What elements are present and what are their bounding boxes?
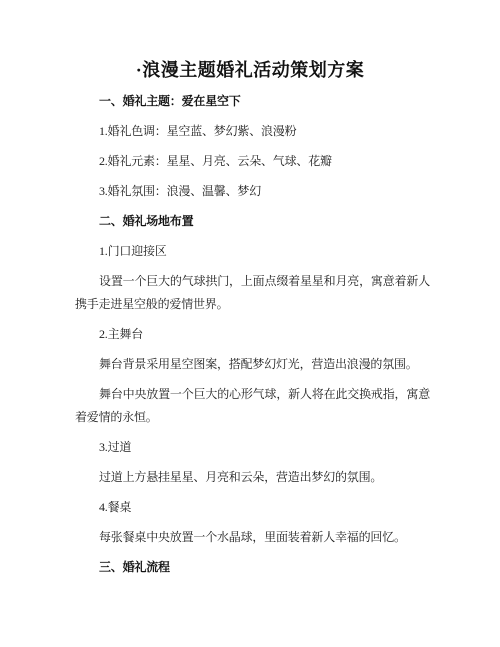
section-heading-1: 一、婚礼主题：爱在星空下	[75, 90, 430, 113]
section-heading-2: 二、婚礼场地布置	[75, 210, 430, 233]
list-item: 2.婚礼元素：星星、月亮、云朵、气球、花瓣	[75, 150, 430, 173]
body-paragraph: 舞台背景采用星空图案，搭配梦幻灯光，营造出浪漫的氛围。	[75, 353, 430, 376]
list-item: 3.婚礼氛围：浪漫、温馨、梦幻	[75, 180, 430, 203]
list-item: 1.婚礼色调：星空蓝、梦幻紫、浪漫粉	[75, 120, 430, 143]
document-page: ·浪漫主题婚礼活动策划方案 一、婚礼主题：爱在星空下 1.婚礼色调：星空蓝、梦幻…	[0, 0, 500, 647]
list-item: 3.过道	[75, 436, 430, 459]
document-title: ·浪漫主题婚礼活动策划方案	[0, 0, 500, 83]
body-paragraph: 设置一个巨大的气球拱门，上面点缀着星星和月亮，寓意着新人携手走进星空般的爱情世界…	[75, 270, 430, 316]
section-heading-3: 三、婚礼流程	[75, 556, 430, 579]
body-paragraph: 舞台中央放置一个巨大的心形气球，新人将在此交换戒指，寓意着爱情的永恒。	[75, 383, 430, 429]
list-item: 1.门口迎接区	[75, 240, 430, 263]
list-item: 2.主舞台	[75, 323, 430, 346]
body-paragraph: 每张餐桌中央放置一个水晶球，里面装着新人幸福的回忆。	[75, 526, 430, 549]
body-paragraph: 过道上方悬挂星星、月亮和云朵，营造出梦幻的氛围。	[75, 466, 430, 489]
list-item: 4.餐桌	[75, 496, 430, 519]
